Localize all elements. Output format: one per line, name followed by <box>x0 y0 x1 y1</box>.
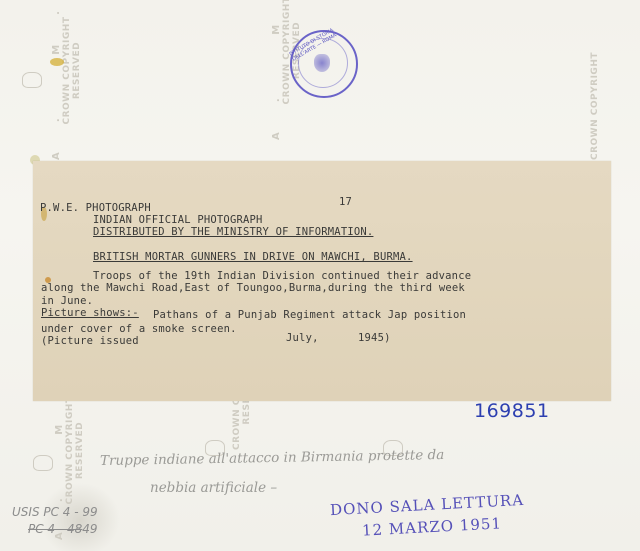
header-pwe-photograph: P.W.E. PHOTOGRAPH <box>40 202 151 214</box>
watermark-marks: A. M. <box>52 0 62 160</box>
photo-verso: A. M. CROWN COPYRIGHT RESERVED A. M. CRO… <box>0 0 640 551</box>
caption-headline: BRITISH MORTAR GUNNERS IN DRIVE ON MAWCH… <box>93 251 413 263</box>
issued-month: July, <box>286 332 319 344</box>
circular-institution-stamp: ISTITUTO DI STORIA DELL'ARTE — ROMA <box>290 30 358 98</box>
inventory-number: 169851 <box>474 400 550 422</box>
struck-reference: PC 4 - 48 <box>28 522 82 536</box>
watermark-text: CROWN COPYRIGHT <box>590 52 600 160</box>
watermark-crown-copyright: CROWN COPYRIGHT <box>590 52 600 160</box>
donation-stamp-date: 12 MARZO 1951 <box>362 514 503 539</box>
handwritten-caption: nebbia artificiale – <box>150 480 277 496</box>
usis-reference: USIS PC 4 - 99 <box>12 505 98 519</box>
issued-label: (Picture issued <box>41 335 139 347</box>
handwritten-caption: Truppe indiane all'attacco in Birmania p… <box>100 447 444 469</box>
yellow-stain <box>50 58 64 66</box>
watermark-marks: A. M. <box>272 0 282 140</box>
picture-shows-label: Picture shows:- <box>41 307 139 319</box>
watermark-text: RESERVED <box>72 42 82 99</box>
crown-emblem-icon <box>33 455 53 471</box>
caption-body-line: Troops of the 19th Indian Division conti… <box>93 270 471 282</box>
corrected-suffix: 49 <box>82 522 97 536</box>
watermark-text: CROWN COPYRIGHT <box>65 397 75 505</box>
caption-body-line: in June. <box>41 295 93 307</box>
watermark-text: CROWN COPYRIGHT <box>62 17 72 125</box>
picture-shows-text: under cover of a smoke screen. <box>41 323 237 335</box>
caption-label: P.W.E. PHOTOGRAPH 17 INDIAN OFFICIAL PHO… <box>33 161 611 401</box>
crown-emblem-icon <box>22 72 42 88</box>
issued-year: 1945) <box>358 332 391 344</box>
header-distributed-by: DISTRIBUTED BY THE MINISTRY OF INFORMATI… <box>93 226 373 238</box>
usis-reference-corrected: PC 4 - 4849 <box>28 522 98 536</box>
header-indian-official: INDIAN OFFICIAL PHOTOGRAPH <box>93 214 263 226</box>
caption-body-line: along the Mawchi Road,East of Toungoo,Bu… <box>41 282 465 294</box>
watermark-crown-copyright: A. M. CROWN COPYRIGHT RESERVED <box>52 0 82 160</box>
watermark-text: RESERVED <box>75 422 85 479</box>
page-number: 17 <box>339 196 352 208</box>
shell-emblem-icon <box>314 54 330 72</box>
picture-shows-text: Pathans of a Punjab Regiment attack Jap … <box>153 309 466 321</box>
